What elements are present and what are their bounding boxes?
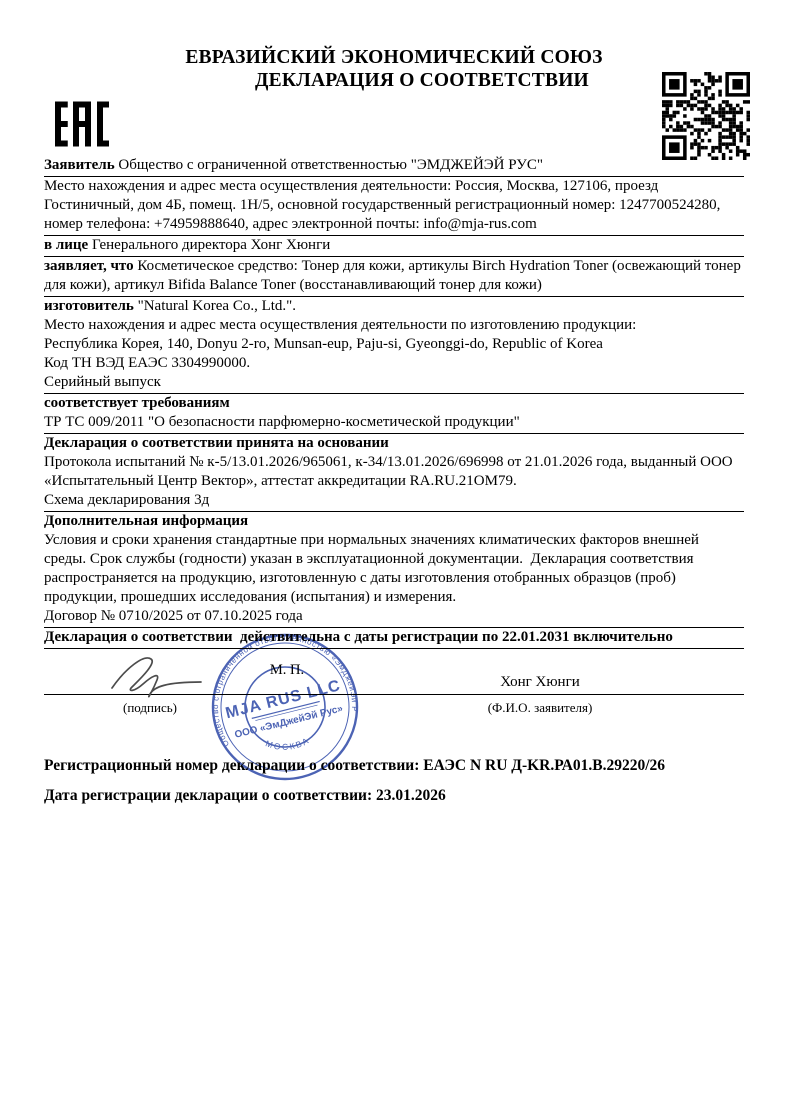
basis-heading: Декларация о соответствии принята на осн… (44, 434, 744, 453)
document-title-line2: ДЕКЛАРАЦИЯ О СООТВЕТСТВИИ (72, 69, 772, 92)
tnved-code: Код ТН ВЭД ЕАЭС 3304990000. (44, 354, 744, 373)
applicant-label: Заявитель (44, 157, 115, 173)
declares-label: заявляет, что (44, 258, 134, 274)
manufacturer-address-intro: Место нахождения и адрес места осуществл… (44, 316, 744, 335)
fullname-caption: (Ф.И.О. заявителя) (420, 698, 660, 717)
additional-text: Условия и сроки хранения стандартные при… (44, 531, 744, 607)
validity-row: Декларация о соответствии действительна … (44, 628, 744, 649)
serial-release: Серийный выпуск (44, 373, 744, 392)
basis-text: Протокола испытаний № к-5/13.01.2026/965… (44, 453, 744, 491)
company-stamp: Общество с ограниченной ответственностью… (190, 612, 380, 802)
applicant-address-row: Место нахождения и адрес места осуществл… (44, 177, 744, 236)
svg-text:МОСКВА: МОСКВА (262, 728, 312, 758)
scheme-row: Схема декларирования 3д (44, 491, 744, 510)
signature-block: (подпись) М. П. Хонг Хюнги (Ф.И.О. заяви… (44, 658, 744, 720)
in-person-label: в лице (44, 237, 88, 253)
manufacturer-address: Республика Корея, 140, Donyu 2-ro, Munsa… (44, 335, 744, 354)
declares-value: Косметическое средство: Тонер для кожи, … (44, 258, 741, 293)
declares-row: заявляет, что Косметическое средство: То… (44, 257, 744, 297)
manufacturer-section: изготовитель "Natural Korea Co., Ltd.". … (44, 297, 744, 394)
applicant-fullname: Хонг Хюнги (420, 673, 660, 692)
basis-section: Декларация о соответствии принята на осн… (44, 434, 744, 512)
document-title-line1: ЕВРАЗИЙСКИЙ ЭКОНОМИЧЕСКИЙ СОЮЗ (44, 46, 744, 69)
header-spacer (44, 92, 744, 156)
in-person-value: Генерального директора Хонг Хюнги (92, 237, 330, 253)
manufacturer-label: изготовитель (44, 298, 134, 314)
applicant-row: Заявитель Общество с ограниченной ответс… (44, 156, 744, 177)
additional-heading: Дополнительная информация (44, 512, 744, 531)
meets-heading: соответствует требованиям (44, 394, 744, 413)
applicant-value: Общество с ограниченной ответственностью… (118, 157, 543, 173)
in-person-row: в лице Генерального директора Хонг Хюнги (44, 236, 744, 257)
additional-section: Дополнительная информация Условия и срок… (44, 512, 744, 628)
registration-number-row: Регистрационный номер декларации о соотв… (44, 756, 744, 775)
registration-date-row: Дата регистрации декларации о соответств… (44, 786, 744, 805)
meets-section: соответствует требованиям ТР ТС 009/2011… (44, 394, 744, 434)
meets-text: ТР ТС 009/2011 "О безопасности парфюмерн… (44, 413, 744, 432)
manufacturer-value: "Natural Korea Co., Ltd.". (138, 298, 296, 314)
contract-row: Договор № 0710/2025 от 07.10.2025 года (44, 607, 744, 626)
declaration-document: ЕВРАЗИЙСКИЙ ЭКОНОМИЧЕСКИЙ СОЮЗ ДЕКЛАРАЦИ… (0, 0, 788, 1120)
stamp-bottom-text: МОСКВА (262, 728, 312, 758)
manufacturer-row: изготовитель "Natural Korea Co., Ltd.". (44, 297, 744, 316)
